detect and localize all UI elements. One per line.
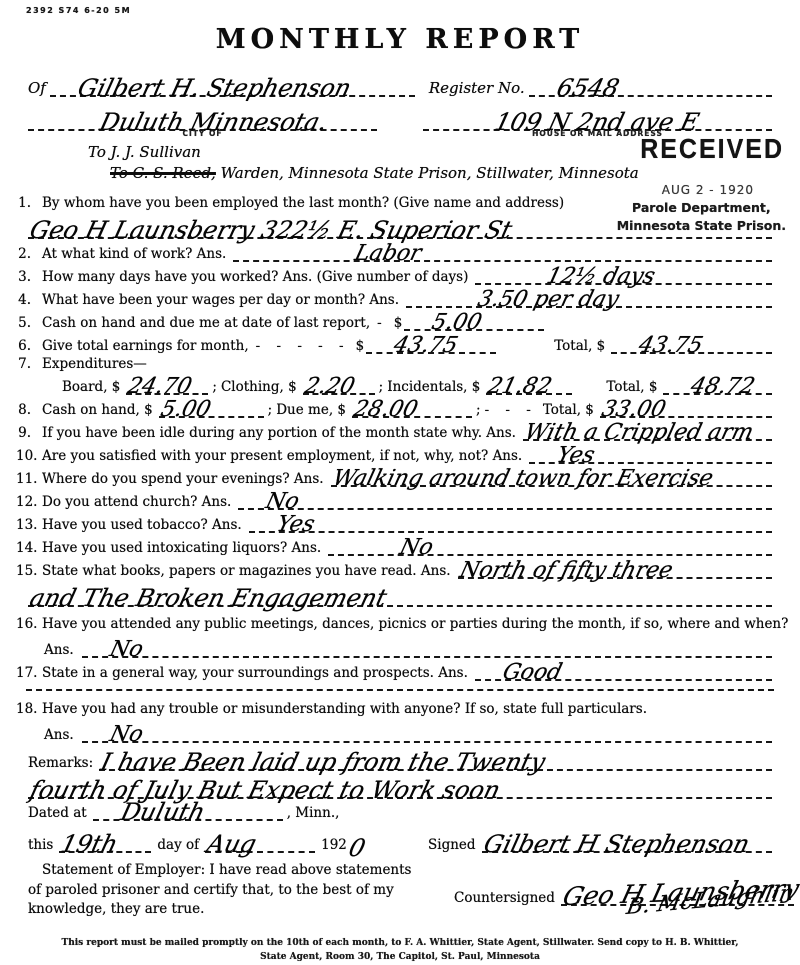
warden-line: To C. S. Reed, Warden, Minnesota State P… <box>110 164 800 182</box>
q2-answer-line: Labor <box>233 245 772 262</box>
q3-number: 3. <box>16 269 42 285</box>
remarks-line2: fourth of July But Expect to Work soon <box>28 771 772 799</box>
received-stamp: RECEIVED <box>640 133 784 165</box>
q4-answer: 3.50 per day <box>406 291 621 309</box>
q10-answer-line: Yes <box>529 447 772 464</box>
q10-answer: Yes <box>529 447 596 465</box>
q5-number: 5. <box>16 315 42 331</box>
remarks-text2: fourth of July But Expect to Work soon <box>28 781 502 800</box>
dated-city-line: Duluth <box>93 803 283 821</box>
month-line: Aug <box>205 835 315 853</box>
q8-total: 33.00 <box>600 401 667 419</box>
year-printed: 192 <box>315 837 347 853</box>
q8-leader: - - - <box>485 402 543 418</box>
q8-cash: 5.00 <box>159 401 212 419</box>
date-written: this 19th day of Aug 192 0 <box>28 835 388 853</box>
parole-dept-stamp: Parole Department, Minnesota State Priso… <box>617 199 786 235</box>
mailing-instructions-line2: State Agent, Room 30, The Capitol, St. P… <box>0 950 800 964</box>
year-digit: 0 <box>347 839 367 858</box>
employer-statement: Statement of Employer: I have read above… <box>28 861 428 920</box>
q15-number: 15. <box>16 563 42 579</box>
question-13: 13. Have you used tobacco? Ans. Yes <box>16 510 772 533</box>
q5-dollar-sign: $ <box>394 315 405 331</box>
employer-block: Statement of Employer: I have read above… <box>28 861 772 920</box>
q9-answer: With a Crippled arm <box>523 424 755 442</box>
countersignature-line: Geo H Launsberry B. McLaughlin <box>561 887 794 906</box>
q8-number: 8. <box>16 402 42 418</box>
page-title: MONTHLY REPORT <box>0 24 800 55</box>
q7-incidentals: 21.82 <box>486 378 553 396</box>
question-11: 11. Where do you spend your evenings? An… <box>16 464 772 487</box>
q8-due-label: Due me, $ <box>276 402 352 418</box>
of-label: Of <box>28 79 50 97</box>
address-line: 109 N 2nd ave E HOUSE OR MAIL ADDRESS <box>423 113 772 131</box>
signed-area: Signed Gilbert H Stephenson <box>428 835 772 853</box>
day-of-label: day of <box>151 837 205 853</box>
q16-answer: No <box>82 641 145 659</box>
q12-number: 12. <box>16 494 42 510</box>
q7-sep2: ; <box>375 379 388 395</box>
day-value: 19th <box>59 835 119 854</box>
city-address-row: Duluth Minnesota. CITY OF 109 N 2nd ave … <box>28 97 772 131</box>
q14-number: 14. <box>16 540 42 556</box>
dated-city: Duluth <box>93 803 207 822</box>
struck-reed-text: To C. S. Reed, <box>110 164 216 182</box>
q7-clothing: 2.20 <box>303 378 356 396</box>
mailing-instructions-line1: This report must be mailed promptly on t… <box>0 936 800 950</box>
q6-dollar-sign: $ <box>356 338 367 354</box>
city-value: Duluth Minnesota. <box>28 113 329 132</box>
q15-answer-line: North of fifty three <box>458 562 772 579</box>
parole-dept-line2: Minnesota State Prison. <box>617 217 786 235</box>
question-6: 6. Give total earnings for month, - - - … <box>16 331 772 354</box>
parolee-name: Gilbert H. Stephenson <box>50 79 353 98</box>
q7-board: 24.70 <box>126 378 193 396</box>
remarks-label: Remarks: <box>28 755 99 771</box>
q10-number: 10. <box>16 448 42 464</box>
q18-answer-line: No <box>82 726 772 743</box>
minn-label: , Minn., <box>283 805 346 821</box>
q2-answer: Labor <box>233 245 423 263</box>
q13-number: 13. <box>16 517 42 533</box>
section-separator <box>26 689 774 691</box>
this-label: this <box>28 837 59 853</box>
monthly-report-scan: 2392 S74 6-20 5M MONTHLY REPORT Of Gilbe… <box>0 0 800 965</box>
q6-total: 43.75 <box>611 337 704 355</box>
q3-answer: 12½ days <box>475 268 657 286</box>
q10-text: Are you satisfied with your present empl… <box>42 448 529 464</box>
q17-answer-line: Good <box>475 664 772 681</box>
signed-label: Signed <box>428 837 482 853</box>
q8-cash-line: 5.00 <box>159 401 264 418</box>
q6-number: 6. <box>16 338 42 354</box>
q8-total-line: 33.00 <box>600 401 772 418</box>
q5-leader: - <box>377 315 394 331</box>
q16-answer-line: No <box>82 641 772 658</box>
q11-answer: Walking around town for Exercise <box>331 470 715 488</box>
question-18: 18. Have you had any trouble or misunder… <box>16 696 772 717</box>
q16-answer-row: Ans. No <box>44 632 772 658</box>
city-line: Duluth Minnesota. CITY OF <box>28 113 377 131</box>
countersigned-area: Countersigned Geo H Launsberry B. McLaug… <box>454 861 794 920</box>
q4-answer-line: 3.50 per day <box>406 291 772 308</box>
q11-answer-line: Walking around town for Exercise <box>331 470 772 487</box>
q6-total-line: 43.75 <box>611 337 772 354</box>
dated-row: Dated at Duluth , Minn., <box>28 803 448 821</box>
q16-number: 16. <box>16 616 42 632</box>
q7-text: Expenditures— <box>42 356 154 372</box>
q7-clothing-line: 2.20 <box>303 378 375 395</box>
q15-answer-continued: and The Broken Engagement <box>28 589 389 608</box>
q2-text: At what kind of work? Ans. <box>42 246 233 262</box>
dated-label: Dated at <box>28 805 93 821</box>
q18-ans-label: Ans. <box>44 727 82 743</box>
q2-number: 2. <box>16 246 42 262</box>
name-register-row: Of Gilbert H. Stephenson Register No. 65… <box>28 63 772 97</box>
q3-answer-line: 12½ days <box>475 268 772 285</box>
q13-answer: Yes <box>249 516 316 534</box>
q12-text: Do you attend church? Ans. <box>42 494 238 510</box>
q1-answer: Geo H Launsberry 322½ E. Superior St <box>28 221 514 240</box>
question-15: 15. State what books, papers or magazine… <box>16 556 772 579</box>
q6-amount-line: 43.75 <box>366 337 496 354</box>
q15-answer: North of fifty three <box>458 562 674 580</box>
register-number: 6548 <box>529 79 621 98</box>
q6-amount: 43.75 <box>366 337 459 355</box>
q9-answer-line: With a Crippled arm <box>523 424 772 441</box>
q3-text: How many days have you worked? Ans. (Giv… <box>42 269 475 285</box>
q5-amount: 5.00 <box>404 314 483 332</box>
q5-amount-line: 5.00 <box>404 314 544 331</box>
city-of-label: CITY OF <box>183 129 223 138</box>
signature: Gilbert H Stephenson <box>482 835 751 854</box>
q12-answer: No <box>238 493 301 511</box>
q13-text: Have you used tobacco? Ans. <box>42 517 249 533</box>
remarks-line1: I have Been laid up from the Twenty <box>99 753 772 771</box>
q1-text: By whom have you been employed the last … <box>42 195 571 211</box>
q8-due-line: 28.00 <box>352 401 472 418</box>
q15-text: State what books, papers or magazines yo… <box>42 563 458 579</box>
q16-ans-label: Ans. <box>44 642 82 658</box>
question-5: 5. Cash on hand and due me at date of la… <box>16 308 772 331</box>
q15-answer-line2: and The Broken Engagement <box>28 579 772 607</box>
question-7-detail: Board, $ 24.70 ; Clothing, $ 2.20 ; Inci… <box>62 372 772 395</box>
warden-text: Warden, Minnesota State Prison, Stillwat… <box>221 164 639 182</box>
q18-answer-row: Ans. No <box>44 717 772 743</box>
q11-text: Where do you spend your evenings? Ans. <box>42 471 331 487</box>
q7-incidentals-label: Incidentals, $ <box>387 379 486 395</box>
q7-total: 48.72 <box>663 378 756 396</box>
q8-due: 28.00 <box>352 401 419 419</box>
q4-text: What have been your wages per day or mon… <box>42 292 406 308</box>
q6-total-label: Total, $ <box>554 338 611 354</box>
q8-total-label: Total, $ <box>543 402 600 418</box>
q7-board-label: Board, $ <box>62 379 126 395</box>
q1-number: 1. <box>16 195 42 211</box>
q17-answer: Good <box>475 664 564 682</box>
register-line: 6548 <box>529 79 772 97</box>
question-4: 4. What have been your wages per day or … <box>16 285 772 308</box>
q18-answer: No <box>82 726 145 744</box>
q13-answer-line: Yes <box>249 516 772 533</box>
date-signed-row: this 19th day of Aug 192 0 Signed Gilber… <box>28 823 772 853</box>
question-16: 16. Have you attended any public meeting… <box>16 611 772 632</box>
q7-clothing-label: Clothing, $ <box>221 379 303 395</box>
q16-text: Have you attended any public meetings, d… <box>42 616 795 632</box>
q7-board-line: 24.70 <box>126 378 208 395</box>
q17-text: State in a general way, your surrounding… <box>42 665 475 681</box>
q8-sep2: ; <box>472 402 485 418</box>
q8-sep1: ; <box>264 402 277 418</box>
q17-number: 17. <box>16 665 42 681</box>
date-stamp: AUG 2 - 1920 <box>662 183 754 197</box>
q8-cash-label: Cash on hand, $ <box>42 402 159 418</box>
q7-number: 7. <box>16 356 42 372</box>
q11-number: 11. <box>16 471 42 487</box>
q6-leader: - - - - - <box>256 338 356 354</box>
q7-total-line: 48.72 <box>663 378 772 395</box>
register-label: Register No. <box>415 79 529 97</box>
month-value: Aug <box>205 835 258 854</box>
q5-text: Cash on hand and due me at date of last … <box>42 315 377 331</box>
q9-text: If you have been idle during any portion… <box>42 425 523 441</box>
remarks-row: Remarks: I have Been laid up from the Tw… <box>28 743 772 771</box>
q14-text: Have you used intoxicating liquors? Ans. <box>42 540 328 556</box>
q12-answer-line: No <box>238 493 772 510</box>
q6-text: Give total earnings for month, <box>42 338 256 354</box>
parole-dept-line1: Parole Department, <box>617 199 786 217</box>
q14-answer-line: No <box>328 539 772 556</box>
form-number: 2392 S74 6-20 5M <box>26 6 131 15</box>
day-line: 19th <box>59 835 151 853</box>
signature-line: Gilbert H Stephenson <box>482 835 772 853</box>
q18-number: 18. <box>16 701 42 717</box>
name-line: Gilbert H. Stephenson <box>50 79 415 97</box>
mailing-instructions: This report must be mailed promptly on t… <box>0 936 800 965</box>
q7-incidentals-line: 21.82 <box>486 378 572 395</box>
q14-answer: No <box>328 539 435 557</box>
countersigned-label: Countersigned <box>454 890 561 906</box>
question-14: 14. Have you used intoxicating liquors? … <box>16 533 772 556</box>
remarks-text1: I have Been laid up from the Twenty <box>99 753 547 772</box>
q7-sep1: ; <box>208 379 221 395</box>
q7-total-label: Total, $ <box>606 379 663 395</box>
q4-number: 4. <box>16 292 42 308</box>
q18-text: Have you had any trouble or misunderstan… <box>42 701 654 717</box>
q9-number: 9. <box>16 425 42 441</box>
